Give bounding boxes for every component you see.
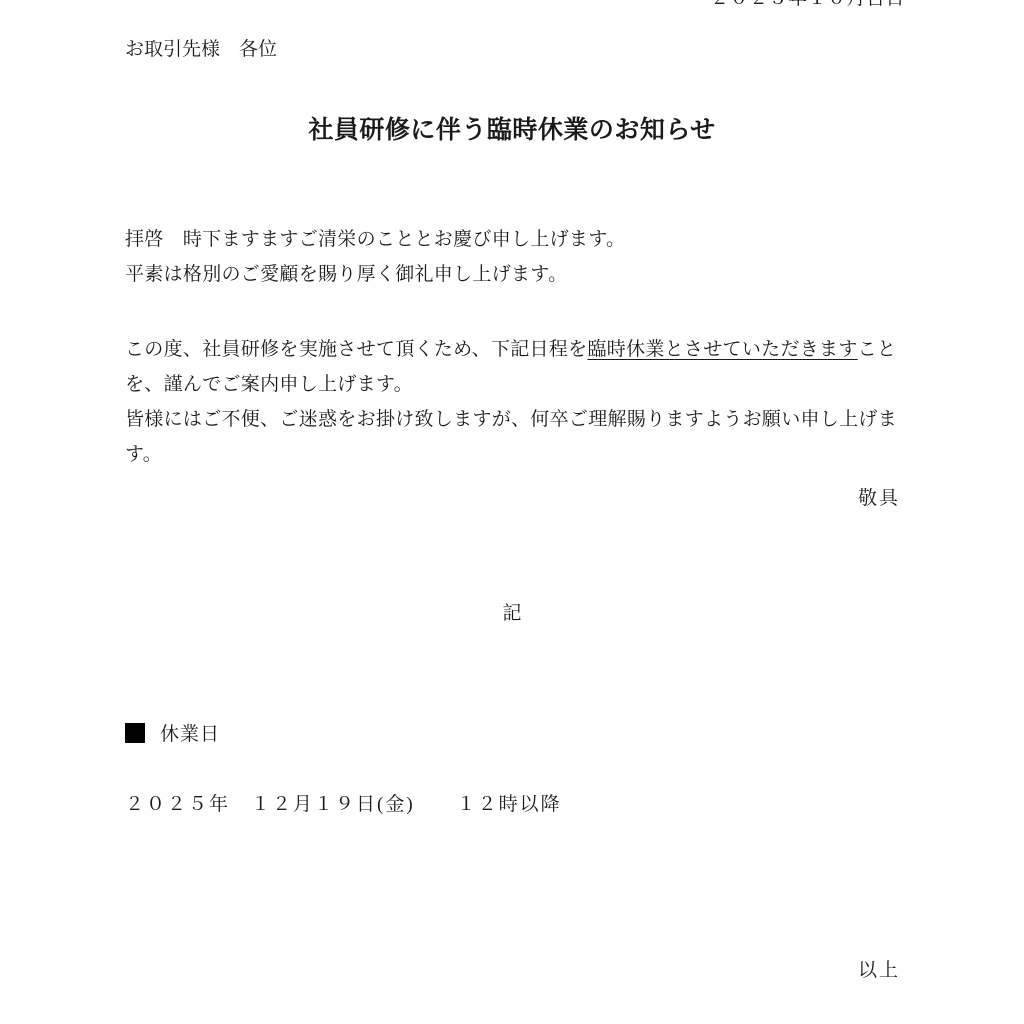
apology-line-2: す。 <box>125 437 910 472</box>
notice-line-2: を、謹んでご案内申し上げます。 <box>125 367 910 402</box>
notice-underlined-text: 臨時休業とさせていただきます <box>587 339 857 360</box>
black-square-icon <box>125 723 145 743</box>
end-marker: 以上 <box>858 955 900 982</box>
holiday-heading: 休業日 <box>125 719 220 746</box>
notice-line-1-suffix: こと <box>858 339 897 360</box>
apology-paragraph: 皆様にはご不便、ご迷惑をお掛け致しますが、何卒ご理解賜りますようお願い申し上げま… <box>125 402 910 472</box>
business-notice-document: ２０２５年１０月吉日 お取引先様 各位 社員研修に伴う臨時休業のお知らせ 拝啓 … <box>0 0 1024 1024</box>
greeting-line-2: 平素は格別のご愛顧を賜り厚く御礼申し上げます。 <box>125 257 910 292</box>
greeting-paragraph: 拝啓 時下ますますご清栄のこととお慶び申し上げます。 平素は格別のご愛顧を賜り厚… <box>125 222 910 292</box>
issue-date: ２０２５年１０月吉日 <box>710 0 905 8</box>
greeting-line-1: 拝啓 時下ますますご清栄のこととお慶び申し上げます。 <box>125 222 910 257</box>
recipient-line: お取引先様 各位 <box>125 34 277 61</box>
notice-paragraph: この度、社員研修を実施させて頂くため、下記日程を臨時休業とさせていただきますこと… <box>125 332 910 402</box>
holiday-heading-label: 休業日 <box>160 724 220 745</box>
notice-line-1: この度、社員研修を実施させて頂くため、下記日程を臨時休業とさせていただきますこと <box>125 332 910 367</box>
closing-word: 敬具 <box>858 483 900 510</box>
record-marker: 記 <box>0 598 1024 625</box>
notice-line-1-prefix: この度、社員研修を実施させて頂くため、下記日程を <box>125 339 587 360</box>
apology-line-1: 皆様にはご不便、ご迷惑をお掛け致しますが、何卒ご理解賜りますようお願い申し上げま <box>125 402 910 437</box>
holiday-date-line: ２０２５年 １２月１９日(金) １２時以降 <box>125 789 562 816</box>
document-title: 社員研修に伴う臨時休業のお知らせ <box>0 110 1024 146</box>
